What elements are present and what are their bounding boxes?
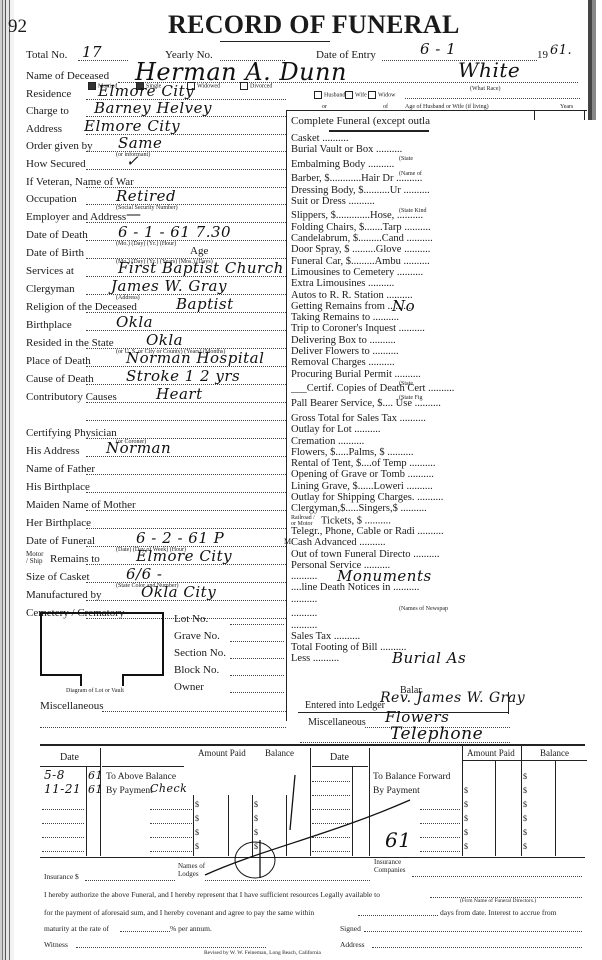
book-binding-right [586,0,602,120]
charge-leader: .......... [415,526,444,537]
companies-label: Insurance Companies [374,858,414,874]
charge-leader: .......... [405,469,434,480]
charge-label: Limousines to Cemetery [291,267,394,278]
companies-field[interactable] [412,876,582,877]
ledger-right-balance[interactable]: $ [523,814,527,823]
maturity-text: maturity at the rate of [44,924,109,933]
charge-item[interactable]: Dressing Body, $..........Ur .......... [291,185,430,196]
field-input[interactable] [86,492,286,493]
lot-diagram-base-left [40,674,82,676]
field-value[interactable]: Elmore City [136,547,232,565]
spouse-wife[interactable]: Wife [345,91,367,99]
misc-right-label: Miscellaneous [308,717,366,728]
marital-divorced[interactable]: Divorced [240,82,272,90]
field-value[interactable]: 6 - 2 - 61 P [136,529,224,547]
charge-leader: .......... [357,537,386,548]
per-annum: % per annum. [170,924,212,933]
charges-pane: Complete Funeral (except outla Casket ..… [286,110,587,721]
ledger-right-balance[interactable]: $ [523,842,527,851]
pane-right-tick [584,110,585,120]
charge-item[interactable]: Rental of Tent, $....of Temp .......... [291,458,436,469]
charge-label: Outlay for Lot [291,424,352,435]
charge-item[interactable]: Gross Total for Sales Tax .......... [291,413,426,424]
charge-item[interactable]: Candelabrum, $.........Cand .......... [291,233,433,244]
field-label: Services at [26,265,74,277]
charge-item[interactable]: Flowers, $.....Palms, $ .......... [291,447,414,458]
charge-label: Deliver Flowers to [291,346,370,357]
charge-label: Suit or Dress [291,196,346,207]
charge-leader: .......... [352,424,381,435]
ledger-right-col3 [495,760,496,856]
charge-label: Slippers, $.............Hose, [291,210,394,221]
ledger-left-amount-header: Amount Paid [198,748,246,758]
signed-field[interactable] [364,931,582,932]
ledger-right-balance[interactable]: $ [523,786,527,795]
ledger-right-amount[interactable]: $ [464,814,468,823]
field-label: His Birthplace [26,481,90,493]
charge-leader: .......... [390,582,419,593]
field-label: Place of Death [26,355,91,367]
charge-label: Trip to Coroner's Inquest [291,323,396,334]
charge-label: Tickets, $ [321,515,362,526]
total-no-value[interactable]: 17 [82,43,102,61]
charge-leader: .......... [394,267,423,278]
field-value[interactable]: Barney Helvey [94,99,212,117]
misc-left-field-2[interactable] [40,727,286,728]
charge-label: Flowers, $.....Palms, $ [291,447,385,458]
charge-item[interactable]: Trip to Coroner's Inquest .......... [291,323,425,334]
charge-label: Lining Grave, $......Loweri [291,481,404,492]
charge-label: Delivering Box to [291,335,367,346]
misc-right-value-2[interactable]: Telephone [390,724,483,744]
ledger-left-date-underline [40,766,100,767]
charge-item[interactable]: Deliver Flowers to .......... [291,346,399,357]
field-label: How Secured [26,158,86,170]
charge-leader: .......... [366,357,395,368]
lodges-field[interactable] [205,880,370,881]
ledger-label: Entered into Ledger [305,700,385,711]
year-prefix: 19 [537,49,548,61]
charge-item[interactable]: Funeral Car, $.........Ambu .......... [291,256,430,267]
book-binding-left [0,0,14,960]
ledger-left-date-header: Date [60,752,79,763]
ledger-left-col2 [193,795,194,856]
ledger-left-balance-header: Balance [265,748,294,758]
charge-label: Removal Charges [291,357,366,368]
charge-leader: .......... [373,144,402,155]
charge-item[interactable]: Procuring Burial Permit .......... [291,369,421,380]
charge-leader: .......... [335,436,364,447]
ledger-right-balance[interactable]: $ [523,800,527,809]
witness-field[interactable] [76,947,266,948]
ledger-right-balance[interactable]: $ [523,772,527,781]
charge-item[interactable]: ....line Death Notices in .......... [291,582,419,593]
field-value[interactable]: Norman [106,439,171,457]
charge-leader: .......... [367,335,396,346]
race-value[interactable]: White [458,58,520,82]
ledger-right-col5 [555,760,556,856]
charge-leader: .......... [362,515,391,526]
field-label: Address [26,123,62,135]
field-note: (Mo.) (Day) (Yr.) (Hour) [116,241,176,247]
lot-field-label: Block No. [174,664,219,676]
charge-item[interactable]: Slippers, $.............Hose, .......... [291,210,423,221]
field-value[interactable]: James W. Gray [111,277,227,295]
ledger-desc-field[interactable] [150,851,192,852]
misc-left-field[interactable] [102,711,286,712]
lot-field-input[interactable] [230,641,284,642]
ledger-right-border [508,692,509,714]
ledger-date-field[interactable] [42,837,84,838]
charge-leader: .......... [401,256,430,267]
misc-left-label: Miscellaneous [40,700,104,712]
charge-leader: .......... [425,383,454,394]
charge-leader: .......... [291,571,317,582]
ledger-date[interactable]: 5-8 [44,768,65,782]
charge-label: Door Spray, $ .........Glove [291,244,401,255]
firm-note: (Firm Name of Funeral Directors.) [460,898,536,904]
lot-field-input[interactable] [230,692,284,693]
ledger-top-rule [40,744,585,746]
lot-field-input[interactable] [230,658,284,659]
charge-item[interactable]: Delivering Box to .......... [291,335,396,346]
charge-leader: .......... [401,244,430,255]
ledger-right-col2 [462,745,463,856]
field-value[interactable]: ✓ [126,152,139,170]
charge-label: Pall Bearer Service, $.... Use [291,398,412,409]
charge-label: Extra Limousines [291,278,365,289]
charge-leader: .......... [370,346,399,357]
charge-item[interactable]: Folding Chairs, $.......Tarp .......... [291,222,431,233]
charge-prefix: Railroad / or Motor [291,515,321,527]
charge-item[interactable]: Clergyman,$.....Singers,$ .......... [291,503,427,514]
field-value[interactable]: First Baptist Church [118,259,284,277]
field-value[interactable]: 6/6 - [126,565,162,583]
lot-field-input[interactable] [230,675,284,676]
lodges-label: Names of Lodges [178,862,208,878]
charge-leader: .......... [411,549,440,560]
charge-label: Dressing Body, $..........Ur [291,185,401,196]
lot-field-label: Section No. [174,647,226,659]
charge-label: Folding Chairs, $.......Tarp [291,222,402,233]
charge-item[interactable]: .......... [291,571,317,582]
field-label: Date of Birth [26,247,84,259]
field-value[interactable]: Okla [116,313,153,331]
ledger-amount[interactable]: $ [195,814,199,823]
charge-leader: .......... [346,196,375,207]
charge-item[interactable]: Taking Remains to .......... [291,312,399,323]
ledger-right-balance[interactable]: $ [523,828,527,837]
charge-item[interactable]: Out of town Funeral Directo .......... [291,549,439,560]
field-label: Cause of Death [26,373,94,385]
charge-item[interactable]: Removal Charges .......... [291,357,395,368]
charge-item[interactable]: Telegr., Phone, Cable or Radi .......... [291,526,444,537]
charge-label: Autos to R. R. Station [291,290,384,301]
field-value[interactable]: Okla [146,331,183,349]
ledger-right-amount[interactable]: $ [464,842,468,851]
field-input[interactable] [86,420,286,421]
charge-label: Taking Remains to [291,312,370,323]
charge-leader: .......... [385,447,414,458]
signed-label: Signed [340,924,361,933]
days-field[interactable] [358,915,438,916]
charge-leader: .......... [310,653,339,664]
field-label: Birthplace [26,319,72,331]
charge-item[interactable]: Railroad / or MotorTickets, $ .......... [291,515,391,527]
field-value[interactable]: Norman Hospital [126,349,264,367]
spouse-widow[interactable]: Widow [368,91,395,99]
ledger-desc: To Above Balance [106,772,176,782]
charge-label: Funeral Car, $.........Ambu [291,256,401,267]
ledger-left-desc-underline [102,766,184,767]
charge-leader: .......... [397,413,426,424]
charge-leader: .......... [392,369,421,380]
ledger-date-field[interactable] [42,809,84,810]
revised-by: Revised by W. W. Feineman, Long Beach, C… [204,950,321,956]
payment-text: for the payment of aforesaid sum, and I … [44,908,314,917]
ledger-desc-value[interactable]: Check [150,782,187,795]
field-value[interactable]: Okla City [141,583,216,601]
page-number: 92 [8,16,27,38]
lot-field-label: Owner [174,681,204,693]
diagram-caption: Diagram of Lot or Vault [66,688,124,694]
charge-item[interactable]: Burial Vault or Box .......... [291,144,402,155]
charge-item[interactable]: Door Spray, $ .........Glove .......... [291,244,430,255]
charge-leader: .......... [404,481,433,492]
charge-leader: .......... [370,312,399,323]
date-of-entry-value[interactable]: 6 - 1 [420,40,456,58]
field-label: Order given by [26,140,93,152]
charge-label: Burial Vault or Box [291,144,373,155]
charge-label: Total Footing of Bill [291,642,377,653]
ledger-left-col0 [86,766,87,856]
charge-label: Barber, $............Hair Dr [291,173,394,184]
charge-label: Embalming Body [291,159,365,170]
charge-leader: .......... [396,323,425,334]
charge-leader: .......... [402,222,431,233]
charge-label: Procuring Burial Permit [291,369,392,380]
charge-label: Cash Advanced [291,537,357,548]
title-underline [220,41,330,42]
page-title: RECORD OF FUNERAL [168,10,460,40]
ledger-amount[interactable]: $ [195,800,199,809]
charge-leader: .......... [394,173,423,184]
ledger-right-amount-underline [462,760,587,761]
charge-leader: .......... [320,133,349,144]
days-text: days from date. Interest to accrue from [440,908,556,917]
lot-diagram [40,612,164,676]
field-label: Charge to [26,105,69,117]
field-value[interactable]: Baptist [176,295,234,313]
ledger-right-date-header: Date [330,752,349,763]
field-label: Residence [26,88,71,100]
pane-mid-tick [534,110,535,120]
authorize-text: I hereby authorize the above Funeral, an… [44,890,380,899]
charge-value[interactable]: Burial As [392,649,466,667]
charge-item[interactable]: Total Footing of Bill .......... [291,642,406,653]
charge-leader: .......... [331,631,360,642]
field-input[interactable] [86,510,286,511]
charges-header-underline [329,130,429,132]
charge-item[interactable]: Limousines to Cemetery .......... [291,267,423,278]
charge-leader: .......... [394,210,423,221]
charge-item[interactable]: Pall Bearer Service, $.... Use .........… [291,398,441,409]
witness-label: Witness [44,940,68,949]
lot-field-label: Lot No. [174,613,208,625]
charge-item[interactable]: Outlay for Shipping Charges. .......... [291,492,443,503]
field-value[interactable]: Elmore City [84,117,180,135]
field-value[interactable]: Stroke 1 2 yrs [126,367,240,385]
charge-item[interactable]: Cash Advanced .......... [291,537,386,548]
field-label: Clergyman [26,283,75,295]
charge-leader: .......... [398,503,427,514]
charge-item[interactable]: .......... [291,608,317,619]
spouse-husband[interactable]: Husband [314,91,345,99]
charge-label: Telegr., Phone, Cable or Radi [291,526,415,537]
ledger-amount[interactable]: $ [195,842,199,851]
charge-label: Rental of Tent, $....of Temp [291,458,407,469]
ledger-desc-field[interactable] [150,823,192,824]
ledger-date-field[interactable] [42,851,84,852]
charge-label: Gross Total for Sales Tax [291,413,397,424]
charge-label: Clergyman,$.....Singers,$ [291,503,398,514]
ledger-right-amount-header: Amount Paid [467,748,515,758]
ledger-desc-field[interactable] [150,837,192,838]
charge-item[interactable]: Extra Limousines .......... [291,278,394,289]
lot-field-input[interactable] [230,624,284,625]
ledger-right-amount[interactable]: $ [464,828,468,837]
charge-leader: .......... [291,608,317,619]
ledger-right-date-underline [312,766,368,767]
charge-leader: .......... [407,458,436,469]
charge-item[interactable]: Sales Tax .......... [291,631,360,642]
charge-label: Casket [291,133,320,144]
charge-item[interactable]: Lining Grave, $......Loweri .......... [291,481,433,492]
rate-field[interactable] [120,931,170,932]
charge-label: Out of town Funeral Directo [291,549,411,560]
charge-label: Outlay for Shipping Charges. [291,492,414,503]
ledger-right-amount[interactable]: $ [464,800,468,809]
lot-diagram-base-right [122,674,163,676]
field-value[interactable]: Heart [156,385,203,403]
charge-label: Sales Tax [291,631,331,642]
charge-label: Less [291,653,310,664]
lot-diagram-door-left [80,674,82,686]
field-input[interactable] [86,474,286,475]
spouse-field[interactable] [405,98,580,99]
charge-leader: .......... [414,492,443,503]
field-label: Occupation [26,193,77,205]
charge-leader: .......... [291,620,317,631]
ledger-right-balance-header: Balance [540,748,569,758]
charge-item[interactable]: .......... [291,594,317,605]
name-label: Name of Deceased [26,70,109,82]
charge-leader: .......... [365,278,394,289]
ledger-date-field[interactable] [42,823,84,824]
charge-item[interactable]: Casket .......... [291,133,348,144]
address-field[interactable] [372,947,582,948]
age-label: Age [190,245,208,257]
field-value[interactable]: Retired [116,187,176,205]
field-label: Name of Father [26,463,95,475]
charge-leader: .......... [412,398,441,409]
field-value[interactable]: 6 - 1 - 61 7.30 [118,223,231,241]
ledger-date[interactable]: 11-21 [44,782,81,796]
ledger-amount[interactable]: $ [195,828,199,837]
ledger-desc: By Payment [106,786,153,796]
charge-note: (Names of Newspap [399,606,448,612]
charge-item[interactable]: Suit or Dress .......... [291,196,375,207]
charge-leader: .......... [401,185,430,196]
insurance-label: Insurance $ [44,872,79,881]
ledger-year[interactable]: 61 [88,769,103,782]
field-label: Size of Casket [26,571,90,583]
ledger-year[interactable]: 61 [88,783,103,796]
charge-leader: .......... [291,594,317,605]
field-input[interactable] [86,169,286,170]
ledger-desc-field[interactable] [150,809,192,810]
charge-label: Opening of Grave or Tomb [291,469,405,480]
ledger-right-amount[interactable]: $ [464,786,468,795]
charge-item[interactable]: Cremation .......... [291,436,364,447]
lot-diagram-door-right [122,674,124,686]
total-no-label: Total No. [26,49,67,61]
charge-item[interactable]: Opening of Grave or Tomb .......... [291,469,434,480]
ledger-left-col1 [100,748,101,856]
field-value[interactable]: — [126,205,142,223]
field-value[interactable]: Same [118,134,162,152]
field-label: Date of Death [26,229,88,241]
charge-label: Getting Remains from [291,301,385,312]
charge-item[interactable]: Outlay for Lot .......... [291,424,381,435]
field-label: Date of Funeral [26,535,95,547]
ledger-value[interactable]: Rev. James W. Gray [380,690,525,706]
charge-label: ___Certif. Copies of Death Cert [291,383,425,394]
charge-item[interactable]: ___Certif. Copies of Death Cert ........… [291,383,454,394]
insurance-field[interactable] [85,880,175,881]
field-label: Her Birthplace [26,517,91,529]
charge-label: Cremation [291,436,335,447]
charge-leader: .......... [365,159,394,170]
charge-label: ....line Death Notices in [291,582,390,593]
charge-leader: .......... [404,233,433,244]
ledger-right-col4 [521,745,522,856]
charge-item[interactable]: Embalming Body .......... [291,159,394,170]
field-prefix: Motor / Ship [26,551,44,565]
field-value[interactable]: Elmore City [98,82,194,100]
charges-header: Complete Funeral (except outla [291,115,430,127]
charge-item[interactable]: Less .......... [291,653,339,664]
lot-field-label: Grave No. [174,630,220,642]
address-label: Address [340,940,365,949]
charge-note: (State [399,156,413,162]
race-note: (What Race) [470,86,500,92]
charge-item[interactable]: .......... [291,620,317,631]
field-label: His Address [26,445,79,457]
charge-item[interactable]: Barber, $............Hair Dr .......... [291,173,422,184]
charge-label: Candelabrum, $.........Cand [291,233,404,244]
year-value[interactable]: 61. [550,43,572,58]
